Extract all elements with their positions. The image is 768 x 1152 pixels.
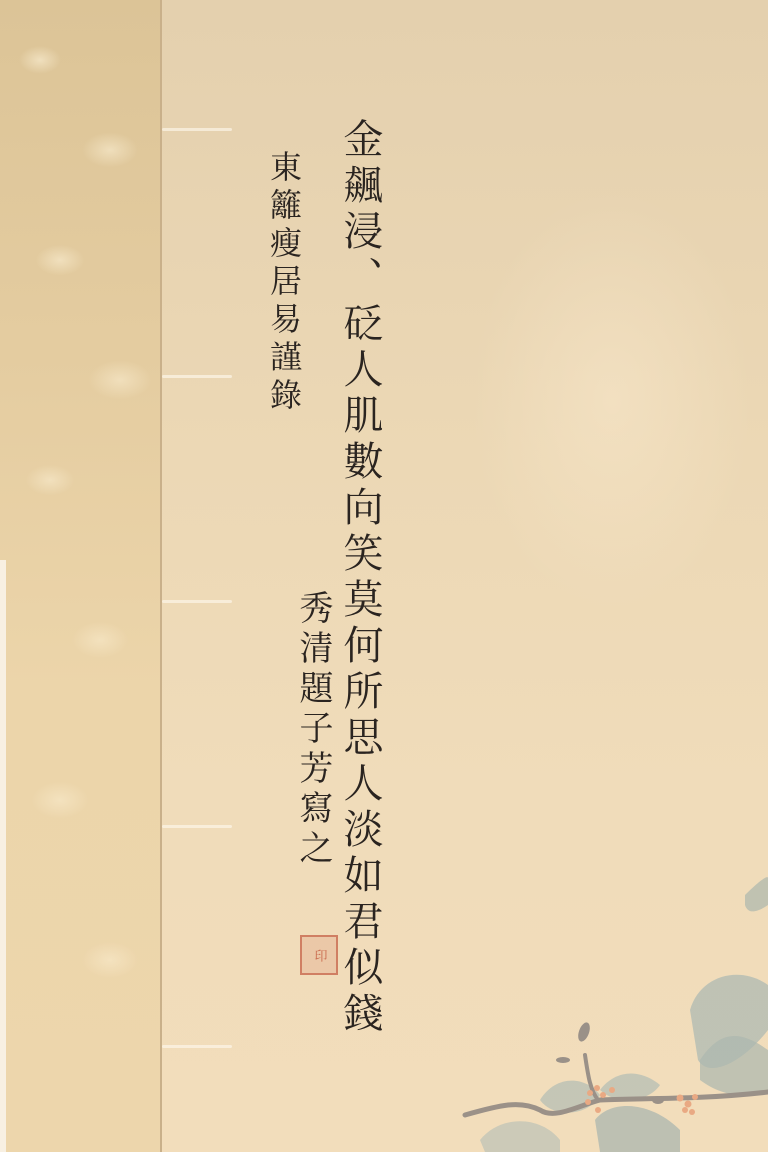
osmanthus-painting xyxy=(0,0,768,1152)
